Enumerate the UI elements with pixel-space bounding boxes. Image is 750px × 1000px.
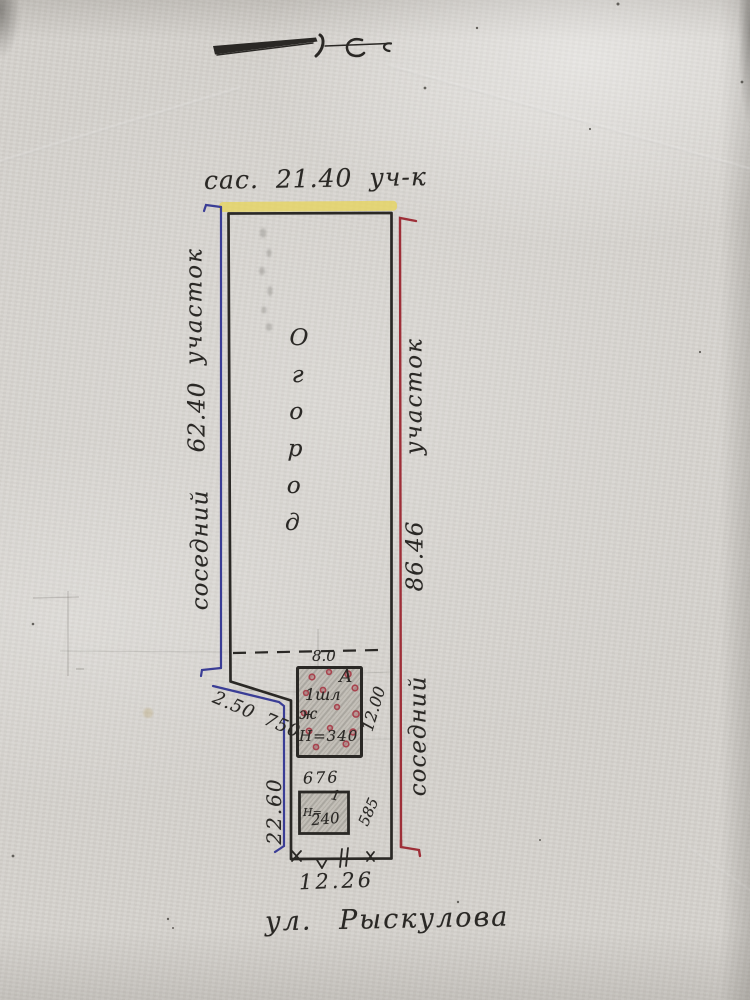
paper-specks	[12, 3, 744, 930]
house-use-label: ж	[299, 706, 317, 722]
left-neighbor-dimension: 62.40	[187, 382, 210, 453]
garden-dashed-divider	[233, 650, 379, 653]
right-neighbor-word-adjacent: соседний	[408, 676, 431, 797]
house-storeys-label: 1шл	[305, 687, 341, 703]
paper-stain	[143, 708, 153, 718]
side-dimension-label: 22.60	[264, 777, 284, 844]
house-height-label: Н=340	[299, 729, 358, 744]
site-plan-sheet: сас. 21.40 уч-к участок 62.40 соседний у…	[0, 0, 750, 1000]
garden-label: Огород	[280, 325, 311, 548]
plan-drawing	[0, 0, 750, 1000]
street-name-label: ул. Рыскулова	[265, 903, 510, 935]
right-neighbor-word-plot: участок	[404, 337, 427, 455]
left-neighbor-word-plot: участок	[184, 247, 207, 365]
pencil-smudges	[259, 228, 273, 331]
shed-width-label: 676	[303, 769, 340, 786]
highlighter-top-edge	[219, 201, 397, 212]
pen-scale-symbol	[213, 35, 391, 56]
left-neighbor-word-adjacent: соседний	[190, 490, 213, 611]
house-width-label: 8.0	[312, 649, 336, 664]
house-liter-label: А	[339, 668, 353, 686]
plot-boundary	[229, 213, 392, 859]
neighbor-top-label: сас. 21.40 уч-к	[204, 164, 427, 193]
frontage-dimension-label: 12.26	[299, 870, 375, 894]
shed-height-value-label: 240	[310, 811, 340, 828]
right-neighbor-dimension: 86.46	[405, 521, 428, 592]
